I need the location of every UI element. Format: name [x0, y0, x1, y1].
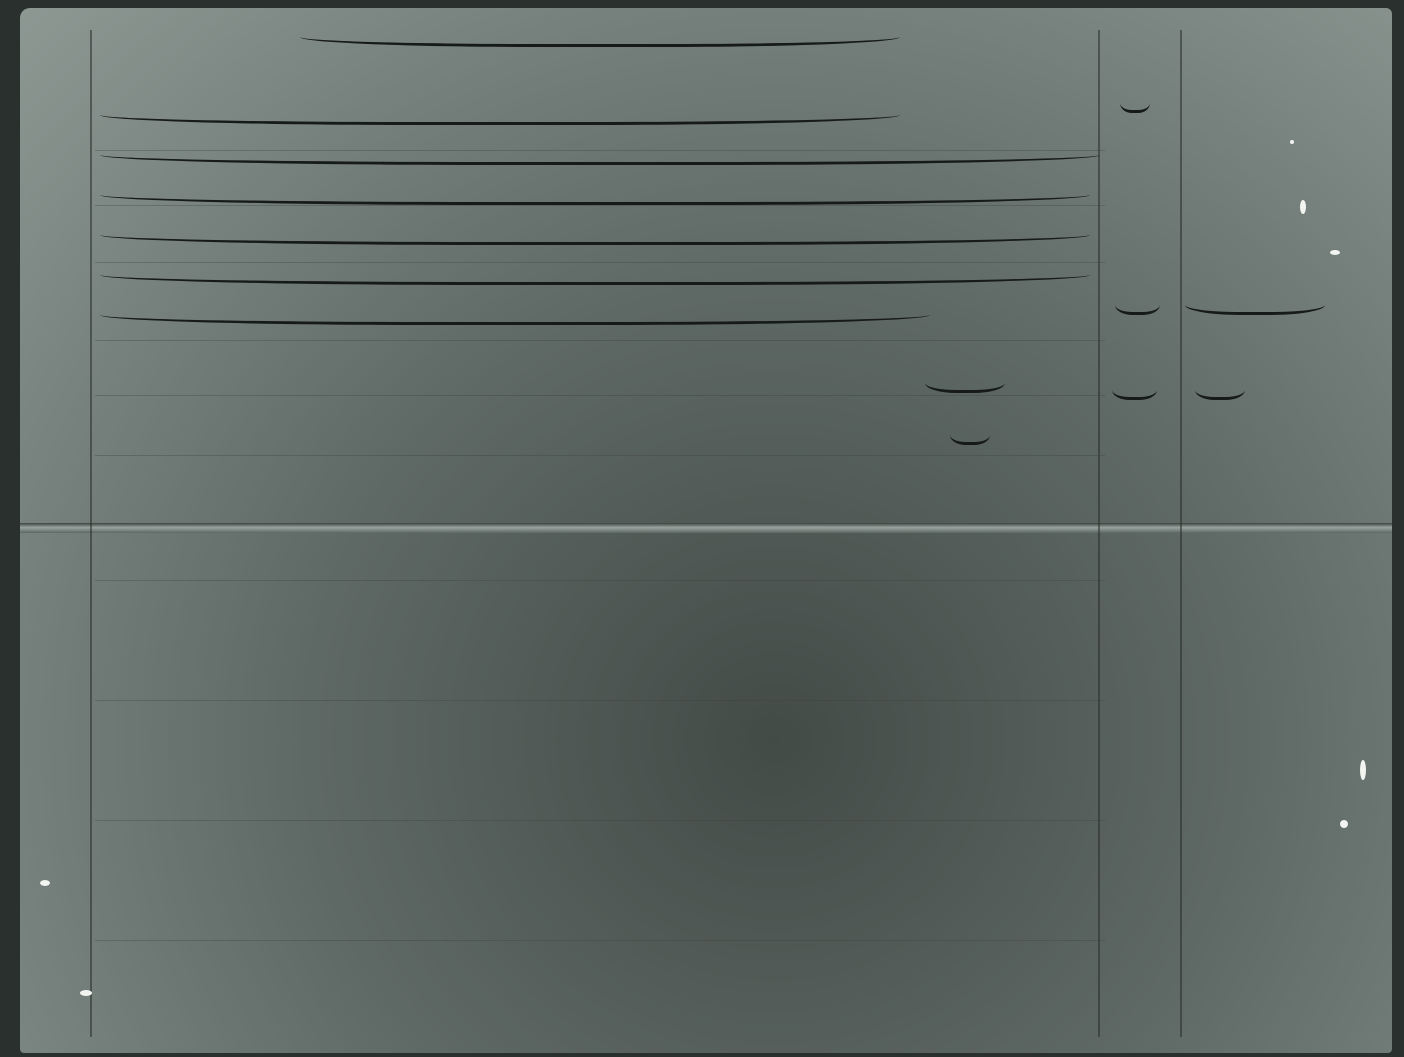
ruled-line: [95, 700, 1105, 701]
heading-line: [300, 22, 920, 51]
paper-damage: [1290, 140, 1294, 144]
paper-damage: [40, 880, 50, 886]
body-line: [100, 180, 1100, 210]
margin-note: [1185, 290, 1335, 320]
body-line: [100, 220, 1100, 250]
margin-numeral: [1120, 88, 1160, 118]
body-line: [100, 300, 940, 330]
ruled-line: [95, 820, 1105, 821]
margin-note: [1195, 375, 1255, 405]
paper-damage: [80, 990, 92, 996]
body-line: [100, 100, 910, 130]
ruled-line: [95, 340, 1105, 341]
left-margin-rule: [90, 30, 92, 1037]
paper-damage: [1360, 760, 1366, 780]
paper-damage: [1330, 250, 1340, 255]
signature-word: [925, 368, 1015, 398]
body-line: [100, 260, 1100, 290]
right-margin-rule-2: [1180, 30, 1182, 1037]
ruled-line: [95, 455, 1105, 456]
page-fold: [20, 523, 1392, 533]
body-line: [100, 140, 1110, 170]
margin-numeral: [1112, 375, 1167, 405]
margin-numeral: [1115, 290, 1170, 320]
ruled-line: [95, 940, 1105, 941]
ruled-line: [95, 580, 1105, 581]
paper-damage: [1300, 200, 1306, 214]
paper-damage: [1340, 820, 1348, 828]
signature-word: [950, 420, 1000, 450]
